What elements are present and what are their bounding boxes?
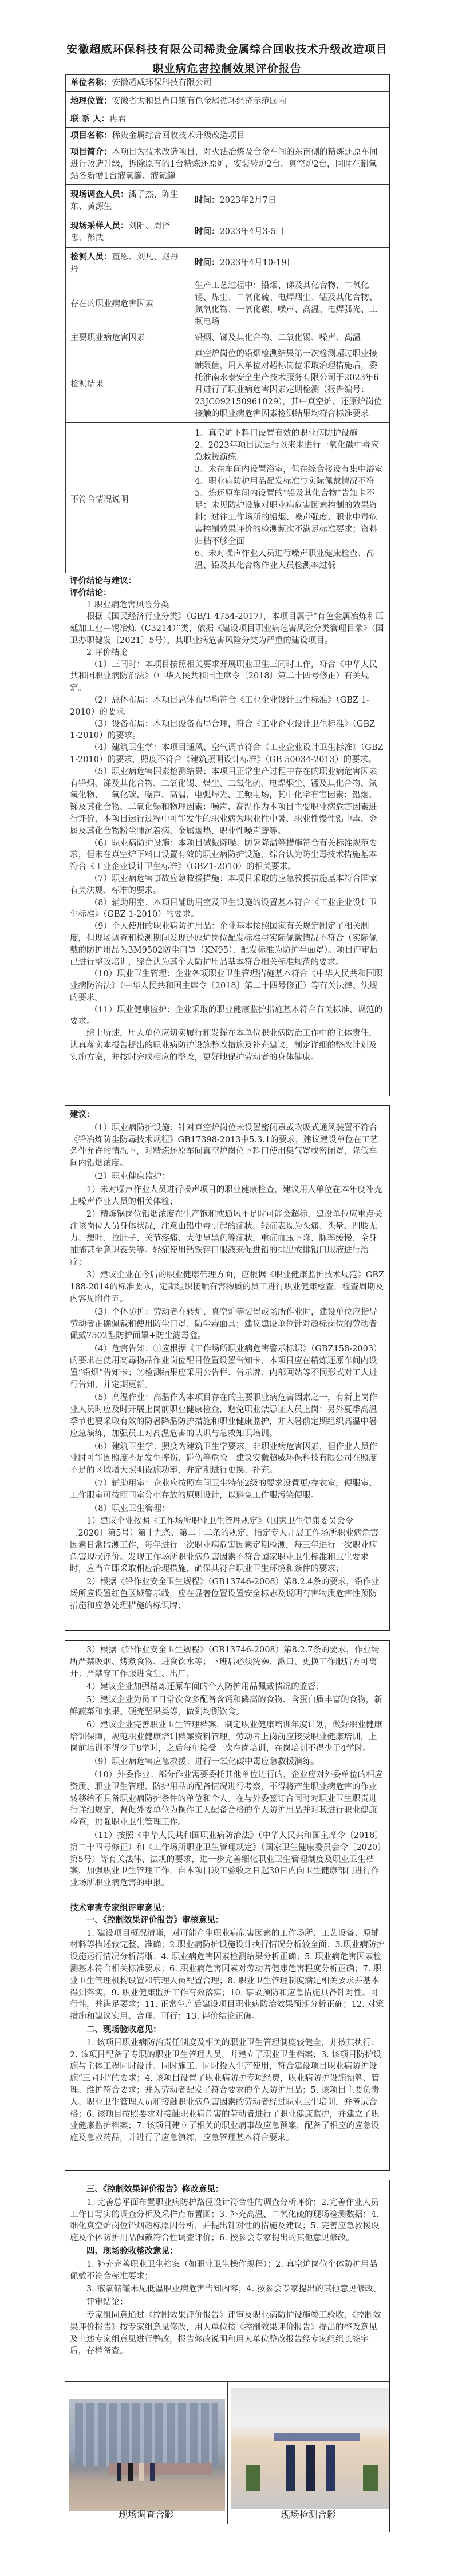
row-unit: 单位名称：安徽超威环保科技有限公司 [66,75,389,92]
review-section1-text: 1. 建设项目概况清晰，对可能产生职业病危害因素的工作场所、工艺设备、原辅材料等… [70,1928,385,2023]
suggestion-item: （2）职业健康监护： [70,1171,385,1183]
unit-value: 安徽超威环保科技有限公司 [112,78,212,88]
suggestion-item: （6）建筑卫生学：照度为建筑卫生学要求，非职业病危害因素，但作业人员作业时可能因… [70,1441,385,1477]
review-section2-text: 1. 该项目职业病防治责任制度及相关的职业卫生管理制度较健全，并按其执行；2. … [70,2037,385,2144]
location-label: 地理位置： [70,96,112,106]
conclusion-item: （4）建筑卫生学：本项目通风、空气调节符合《工业企业设计卫生标准》（GBZ 1-… [70,742,385,766]
testing-time-label: 时间： [195,258,220,267]
company-logo-wall [274,2433,360,2441]
photo-caption: 现场检测合影 [228,2507,390,2520]
conclusion-item: （10）职业卫生管理：企业各项职业卫生管理措施基本符合《中华人民共和国职业病防治… [70,968,385,1004]
row-results: 检测结果 真空炉岗位的铅烟检测结果第一次检测超过职业接触限值，用人单位对超标岗位… [66,346,389,423]
conclusion-item: （1）三同时：本项目按照相关要求开展职业卫生三同时工作，符合《中华人民共和国职业… [70,659,385,695]
review-section3-title: 三、《控制效果评价报告》修改意见： [70,2184,385,2196]
photo-testing-cell: 现场检测合影 [227,2382,390,2524]
row-main-hazards: 主要职业病危害因素 铅烟、锑及其化合物、二氧化锡、噪声、高温 [66,330,389,346]
row-location: 地理位置：安徽省太和县肖口镇有色金属循环经济示范园内 [66,92,389,111]
contact-value: 冉君 [109,115,126,124]
person [326,2445,335,2491]
company-sign-wall [109,2463,212,2475]
verdict-text: 专家组同意通过《控制效果评价报告》评审及职业病防护设施竣工验收，《控制效果评价报… [70,2310,385,2357]
main-hazards-value: 铅烟、锑及其化合物、二氧化锡、噪声、高温 [190,330,389,346]
row-project: 项目名称：稀贵金属综合回收技术升级改造项目 [66,128,389,144]
review-heading: 技术审查专家组评审意见： [70,1903,385,1915]
testing-group-photo [231,2388,389,2509]
sampling-staff-label: 现场采样人员： [70,221,129,231]
project-value: 稀贵金属综合回收技术升级改造项目 [112,131,245,140]
continued-review-box: 3）根据《铅作业安全卫生规程》（GB13746-2008）第8.2.7条的要求，… [65,1640,390,2171]
contact-label: 联 系 人： [70,114,109,124]
row-noncompliance: 不符合情况说明 1、真空炉下料口设置有效的职业病防护设施 2、2023年项目试运… [66,423,389,578]
photo-row: 现场调查合影 现场检测合影 [65,2381,389,2524]
summary-paragraph: 综上所述，用人单位应切实履行和发挥在本单位职业病防治工作中的主体责任，认真落实本… [70,1028,385,1063]
plant [363,2465,378,2491]
conclusion-item: （6）职业病防护设施：本项目减振降噪、防暑降温等措施符合有关标准规范要求，但未在… [70,838,385,873]
suggestion-item: （8）职业卫生管理： [70,1503,385,1515]
hazards-label: 存在的职业病危害因素 [66,278,190,330]
row-survey-staff: 现场调查人员：潘子杰、陈生东、黄源生 时间：2023年2月7日 [66,185,389,216]
row-intro: 项目简介：本项目为技术改造项目，对火法冶炼及合金车间的东南侧的精炼还原车间进行改… [66,144,389,185]
paragraph: 根据《国民经济行业分类》（GB/T 4754-2017），本项目属于“有色金属冶… [70,611,385,646]
section-title: 2 评价结论 [70,647,385,659]
noncompliance-item: 2、2023年项目试运行以来未进行一氧化碳中毒应急救援演练 [195,440,384,464]
suggestion-item: （11）按照《中华人民共和国职业病防治法》（中华人民共和国主席令〔2018〕第二… [70,1830,385,1889]
results-value: 真空炉岗位的铅烟检测结果第一次检测超过职业接触限值，用人单位对超标岗位采取治理措… [190,346,389,423]
info-table-box: 单位名称：安徽超威环保科技有限公司 地理位置：安徽省太和县肖口镇有色金属循环经济… [65,74,390,578]
noncompliance-label: 不符合情况说明 [66,423,190,578]
conclusion-item: （11）职业健康监护：企业采取的职业健康监护措施基本符合有关标准、规范的要求。 [70,1004,385,1028]
hazards-value: 生产工艺过程中：铅烟、锑及其化合物、二氧化锡、煤尘、二氧化硫、电焊烟尘、锰及其化… [190,278,389,330]
photo-caption: 现场调查合影 [65,2507,227,2520]
suggestion-subitem: 3）建议企业在今后的职业健康管理方面，应根据《职业健康监护技术规范》GBZ 18… [70,1269,385,1305]
review-continued: 三、《控制效果评价报告》修改意见： 1. 完善总平面布置职业病防护路径设计符合性… [65,2180,389,2381]
review-section4-text2: 3. 液氧储罐未见低温职业病危害告知内容；4. 按参会专家提出的其他意见修改。 [70,2283,385,2295]
survey-staff-label: 现场调查人员： [70,190,129,199]
conclusion-item: （2）总体布局：本项目总体布局均符合《工业企业设计卫生标准》（GBZ 1-201… [70,695,385,719]
review-section3-text: 1. 完善总平面布置职业病防护路径设计符合性的调查分析评价；2.完善作业人员工作… [70,2197,385,2244]
suggestion-item: （9）职业病危害应急救援：进行一氧化碳中毒应急救援演练。 [70,1756,385,1768]
suggestion-subitem: 4）建议企业加强精炼还原车间的个人防护用品佩戴情况的监督； [70,1681,385,1693]
suggestion-subitem: 2）精炼锅岗位铅烟浓度在生产饱和或通风不足时可能会超标，建设单位应重点关注该岗位… [70,1209,385,1268]
results-label: 检测结果 [66,346,190,423]
conclusion-box: 评价结论与建议： 评价结论： 1 职业病危害风险分类 根据《国民经济行业分类》（… [65,573,390,1096]
suggestion-subitem: 1）未对噪声作业人员进行噪声项目的职业健康检查，建议用人单位在本年度补充上噪声作… [70,1184,385,1208]
conclusion-item: （5）职业病危害因素检测结果：本项目正常生产过程中存在的职业病危害因素有铅烟、锑… [70,766,385,838]
conclusion-item: （9）个人使用的职业病防护用品：企业基本按照国家有关规定制定了相关制度，但现场调… [70,921,385,968]
person [306,2445,315,2491]
report-title-line2: 职业病危害控制效果评价报告 [0,60,454,76]
review-section1-title: 一、《控制效果评价报告》审核意见： [70,1915,385,1927]
noncompliance-item: 3、未在车间内设置浴室，但在综合楼设有集中浴室 [195,464,384,476]
suggestion-subitem: 3）根据《铅作业安全卫生规程》（GB13746-2008）第8.2.7条的要求，… [70,1644,385,1680]
sampling-time: 2023年4月3-5日 [220,227,285,236]
row-hazards: 存在的职业病危害因素 生产工艺过程中：铅烟、锑及其化合物、二氧化锡、煤尘、二氧化… [66,278,389,330]
row-testing-staff: 检测人员：董恩、刘凡、赵丹丹 时间：2023年4月10-19日 [66,248,389,278]
review-section4-title: 四、现场验收整改意见： [70,2246,385,2258]
conclusion-item: （8）辅助用室：本项目辅助用室及卫生设施的设置基本符合《工业企业设计卫生标准》（… [70,897,385,921]
suggestion-item: （10）外委作业：部分作业需要委托其他单位进行的，企业应对外委单位的相应资质、职… [70,1769,385,1829]
unit-label: 单位名称： [70,78,112,88]
noncompliance-item: 5、炼还原车间内设置的“铅及其化合物”告知卡不足；未见防护设施对职业病危害因素控… [195,488,384,548]
intro-label: 项目简介： [70,147,112,157]
suggestion-item: （7）辅助用室：企业应按照车间卫生特征2级的要求设置更/存衣室，便服室、工作服室… [70,1478,385,1502]
person [150,2463,155,2481]
row-contact: 联 系 人：冉君 [66,111,389,128]
report-title-line1: 安徽超威环保科技有限公司稀贵金属综合回收技术升级改造项目 [0,41,454,56]
intro-value: 本项目为技术改造项目，对火法冶炼及合金车间的东南侧的精炼还原车间进行改造升级，拆… [70,148,378,181]
person [286,2445,295,2491]
row-sampling-staff: 现场采样人员：刘阳、周泽忠、彭武 时间：2023年4月3-5日 [66,216,389,248]
suggestion-subitem: 2）根据《铅作业安全卫生规程》（GB13746-2008）第8.2.4条的要求，… [70,1576,385,1612]
suggestions-box: 建议： （1）职业病防护设施：针对真空炉岗位未设置密闭罩或吹吸式通风装置不符合《… [65,1105,390,1631]
conclusion-heading: 评价结论与建议： [70,575,385,587]
conclusion-item: （7）职业病危害事故应急救援措施：本项目采取的应急救援措施基本符合国家有关法规、… [70,873,385,897]
suggestion-subitem: 1）建议企业按照《工作场所职业卫生管理规定》（国家卫生健康委员会令〔2020〕第… [70,1516,385,1575]
suggestion-item: （4）危害告知：①应根据《工作场所职业病危害警示标识》（GBZ158-2003）… [70,1343,385,1391]
testing-staff-label: 检测人员： [70,252,112,262]
suggestion-subitem: 5）建议企业为员工日常饮食多配备含钙和磷高的食物、含蛋白质丰富的食物，新鲜蔬菜和… [70,1694,385,1718]
noncompliance-item: 1、真空炉下料口设置有效的职业病防护设施 [195,428,384,440]
noncompliance-item: 4、职业病防护用品配发标准与实际佩戴情况不符 [195,476,384,488]
person [128,2463,133,2481]
section-title: 1 职业病危害风险分类 [70,599,385,612]
verdict-title: 评审结论： [70,2297,385,2309]
location-value: 安徽省太和县肖口镇有色金属循环经济示范园内 [112,97,287,106]
suggestion-item: （1）职业病防护设施：针对真空炉岗位未设置密闭罩或吹吸式通风装置不符合《铅冶炼防… [70,1122,385,1170]
review-photos-box: 三、《控制效果评价报告》修改意见： 1. 完善总平面布置职业病防护路径设计符合性… [65,2180,390,2532]
suggestion-subitem: 6）建议企业完善职业卫生管理档案，制定职业健康培训年度计划，做好职业健康培训保障… [70,1719,385,1755]
photo-survey-cell: 现场调查合影 [65,2382,227,2524]
review-section2-title: 二、现场验收意见： [70,2024,385,2036]
review-section: 技术审查专家组评审意见： 一、《控制效果评价报告》审核意见： 1. 建设项目概况… [65,1900,389,2147]
conclusion-item: （3）设备布局：本项目设备布局合理，符合《工业企业设计卫生标准》（GBZ 1-2… [70,719,385,743]
person [139,2463,144,2481]
main-hazards-label: 主要职业病危害因素 [66,330,190,346]
survey-time: 2023年2月7日 [220,196,277,205]
person [117,2463,121,2481]
survey-group-photo [69,2399,225,2511]
sampling-time-label: 时间： [195,227,220,236]
info-table: 单位名称：安徽超威环保科技有限公司 地理位置：安徽省太和县肖口镇有色金属循环经济… [65,74,389,578]
conclusion-subheading: 评价结论： [70,587,385,599]
suggestion-item: （5）高温作业：高温作为本项目存在的主要职业病危害因素之一，有新上岗作业人员时应… [70,1392,385,1439]
testing-time: 2023年4月10-19日 [220,258,295,267]
noncompliance-item: 6、未对噪声作业人员进行噪声职业健康检查、高温、铅及其化合物作业人员检测率过低 [195,548,384,572]
continued-suggestions: 3）根据《铅作业安全卫生规程》（GB13746-2008）第8.2.7条的要求，… [65,1641,389,1900]
building-facade [75,2403,218,2466]
survey-time-label: 时间： [195,195,220,205]
review-section4-text1: 1. 补充完善职业卫生档案（如职业卫生操作规程）；2. 真空炉岗位个体防护用品佩… [70,2259,385,2283]
suggestions-heading: 建议： [70,1109,385,1121]
suggestion-item: （3）个体防护：劳动者在转炉、真空炉等装置或场所作业时，建设单位应指导劳动者正确… [70,1307,385,1342]
plant [246,2465,260,2491]
project-label: 项目名称： [70,131,112,140]
